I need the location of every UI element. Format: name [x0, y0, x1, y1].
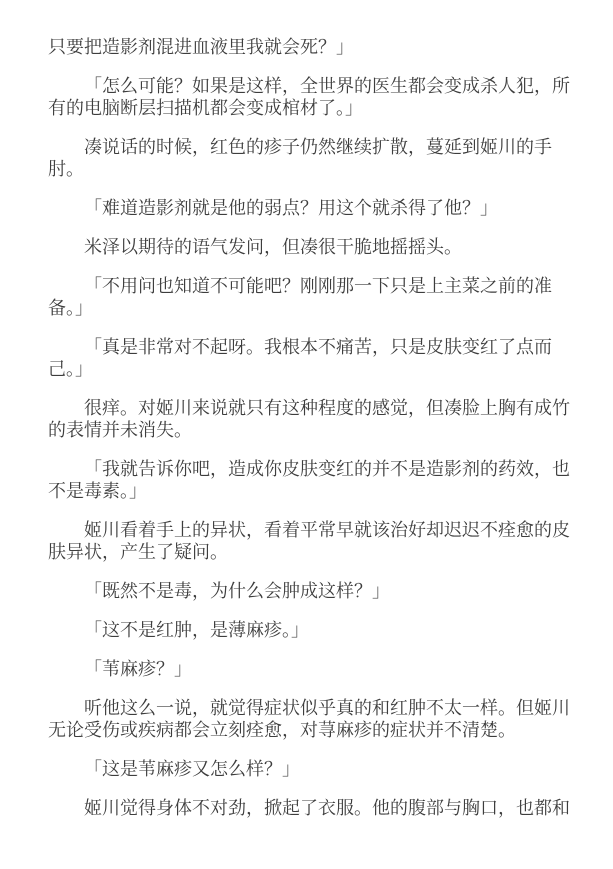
paragraph: 「苇麻疹？」	[48, 658, 573, 680]
paragraph: 凑说话的时候，红色的疹子仍然继续扩散，蔓延到姬川的手 肘。	[48, 136, 573, 180]
paragraph: 「这是苇麻疹又怎么样？」	[48, 758, 573, 780]
paragraph: 「难道造影剂就是他的弱点？用这个就杀得了他？」	[48, 197, 573, 219]
paragraph: 「真是非常对不起呀。我根本不痛苦，只是皮肤变红了点而 己。」	[48, 336, 573, 380]
paragraph: 「这不是红肿，是薄麻疹。」	[48, 619, 573, 641]
paragraph: 「既然不是毒，为什么会肿成这样？」	[48, 580, 573, 602]
document-page: 只要把造影剂混进血液里我就会死？」 「怎么可能？如果是这样，全世界的医生都会变成…	[0, 0, 613, 869]
paragraph: 听他这么一说，就觉得症状似乎真的和红肿不太一样。但姬川 无论受伤或疾病都会立刻痊…	[48, 697, 573, 741]
paragraph: 「怎么可能？如果是这样，全世界的医生都会变成杀人犯，所 有的电脑断层扫描机都会变…	[48, 75, 573, 119]
paragraph: 米泽以期待的语气发问，但凑很干脆地摇摇头。	[48, 236, 573, 258]
paragraph: 很痒。对姬川来说就只有这种程度的感觉，但凑脸上胸有成竹 的表情并未消失。	[48, 397, 573, 441]
paragraph: 姬川觉得身体不对劲，掀起了衣服。他的腹部与胸口，也都和	[48, 797, 573, 819]
paragraph: 姬川看着手上的异状，看着平常早就该治好却迟迟不痊愈的皮 肤异状，产生了疑问。	[48, 519, 573, 563]
paragraph: 「不用问也知道不可能吧？刚刚那一下只是上主菜之前的准 备。」	[48, 275, 573, 319]
paragraph: 「我就告诉你吧，造成你皮肤变红的并不是造影剂的药效，也 不是毒素。」	[48, 458, 573, 502]
paragraph: 只要把造影剂混进血液里我就会死？」	[48, 36, 573, 58]
